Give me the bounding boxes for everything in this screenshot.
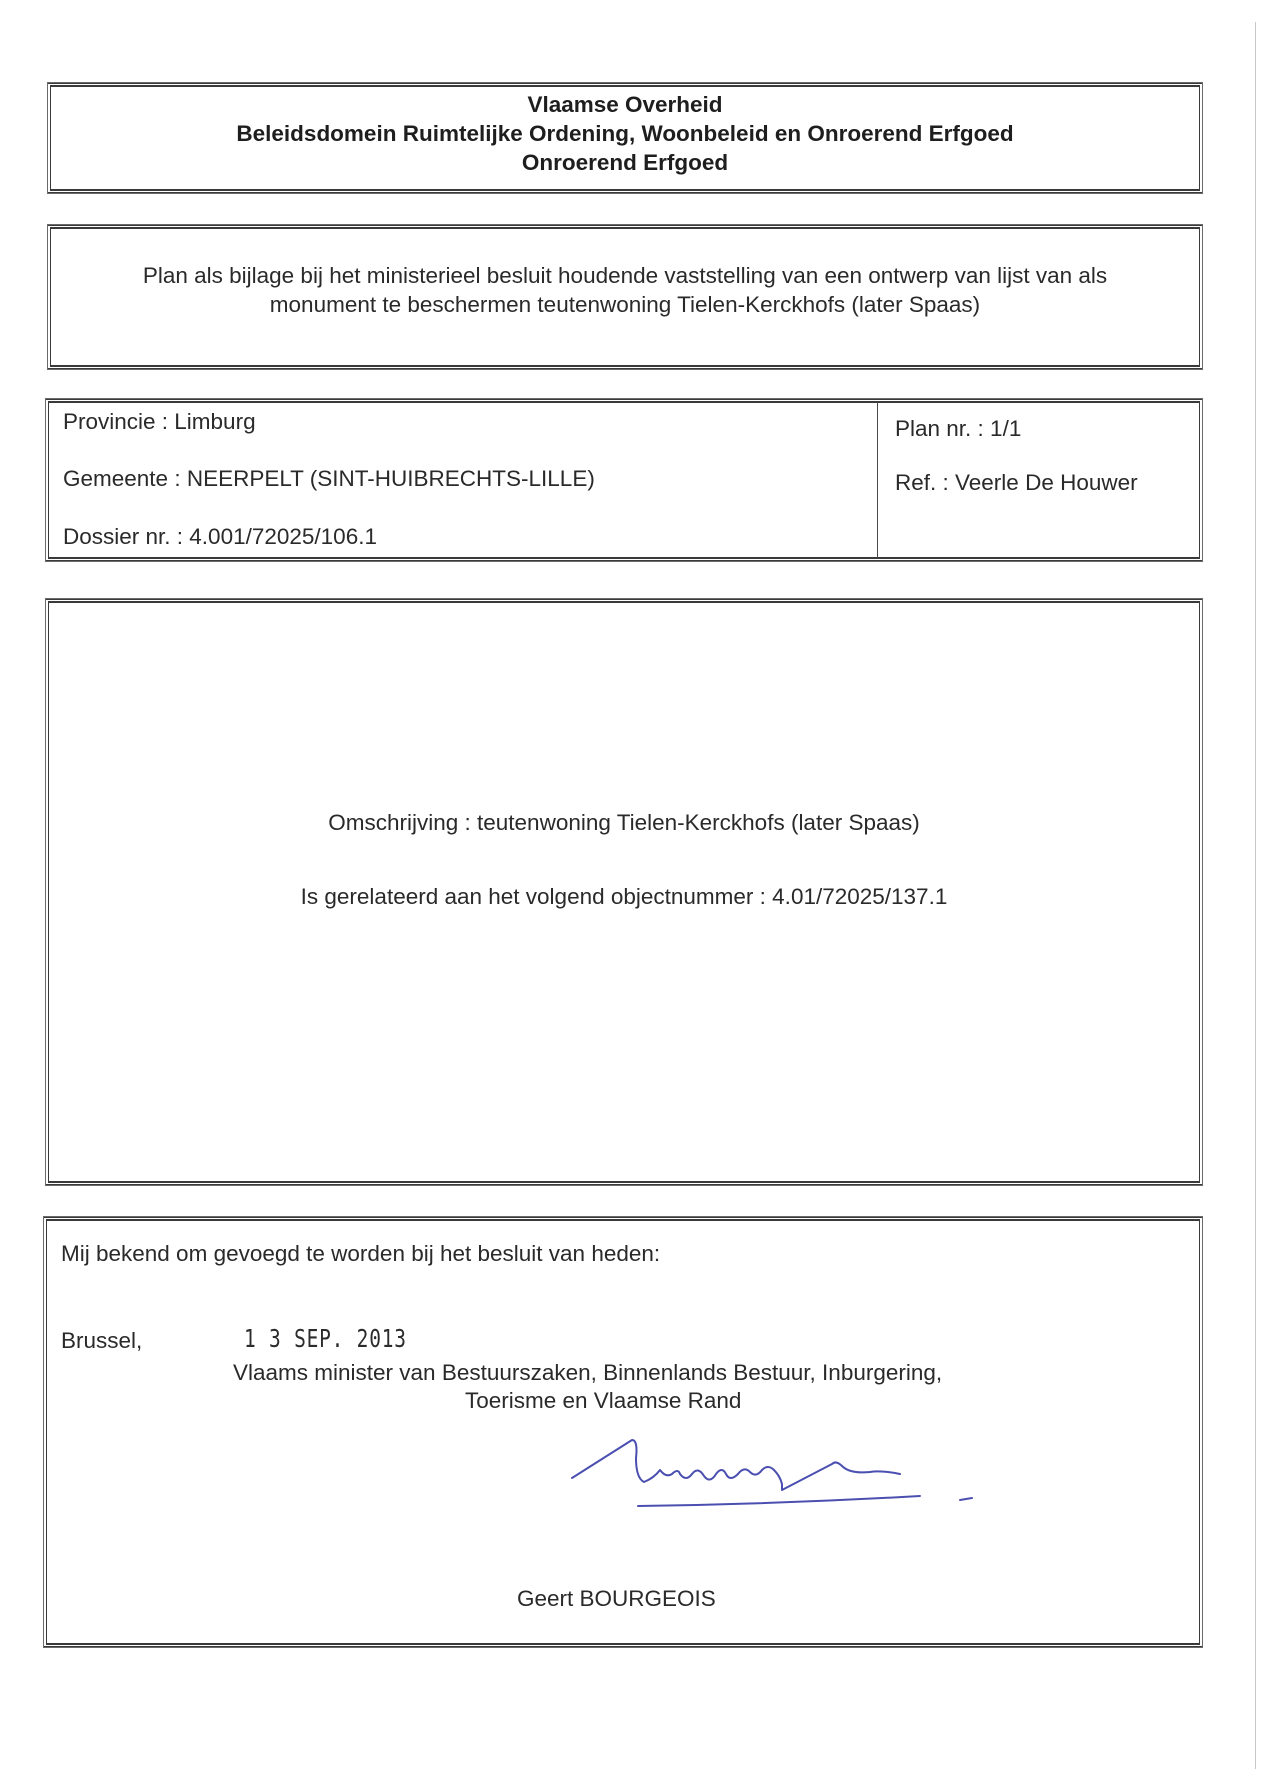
plan-nr-field: Plan nr. : 1/1 <box>895 415 1021 443</box>
dossier-field: Dossier nr. : 4.001/72025/106.1 <box>63 523 377 551</box>
gemeente-field: Gemeente : NEERPELT (SINT-HUIBRECHTS-LIL… <box>63 465 595 493</box>
omschrijving-text: Omschrijving : teutenwoning Tielen-Kerck… <box>49 809 1199 837</box>
header-line-2: Beleidsdomein Ruimtelijke Ordening, Woon… <box>51 120 1199 148</box>
header-box: Vlaamse Overheid Beleidsdomein Ruimtelij… <box>47 82 1203 194</box>
intro-text: Mij bekend om gevoegd te worden bij het … <box>61 1240 660 1268</box>
related-object-text: Is gerelateerd aan het volgend objectnum… <box>49 883 1199 911</box>
page-edge <box>1255 22 1256 1769</box>
info-box: Provincie : Limburg Gemeente : NEERPELT … <box>45 398 1203 562</box>
title-line-2: monument te beschermen teutenwoning Tiel… <box>51 291 1199 319</box>
date-stamp: 1 3 SEP. 2013 <box>244 1325 407 1353</box>
title-box: Plan als bijlage bij het ministerieel be… <box>47 224 1203 370</box>
minister-title-line-1: Vlaams minister van Bestuurszaken, Binne… <box>233 1359 942 1387</box>
minister-title-line-2: Toerisme en Vlaamse Rand <box>465 1387 741 1415</box>
description-box: Omschrijving : teutenwoning Tielen-Kerck… <box>45 598 1203 1186</box>
place-text: Brussel, <box>61 1327 142 1355</box>
header-line-1: Vlaamse Overheid <box>51 91 1199 119</box>
title-line-1: Plan als bijlage bij het ministerieel be… <box>51 262 1199 290</box>
provincie-field: Provincie : Limburg <box>63 408 256 436</box>
signature-icon <box>520 1418 980 1518</box>
header-line-3: Onroerend Erfgoed <box>51 149 1199 177</box>
signer-name: Geert BOURGEOIS <box>517 1585 716 1613</box>
ref-field: Ref. : Veerle De Houwer <box>895 469 1138 497</box>
info-divider <box>877 403 878 557</box>
